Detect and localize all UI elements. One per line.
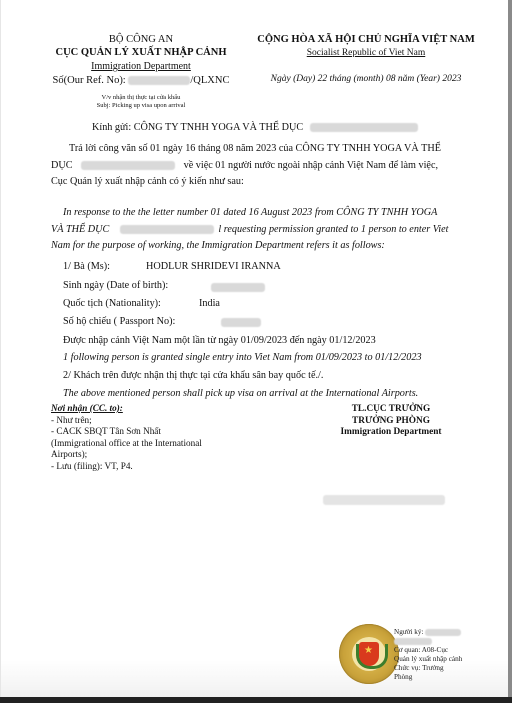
- cc-item: - CACK SBQT Tân Sơn Nhất: [51, 426, 221, 438]
- department-name: CỤC QUẢN LÝ XUẤT NHẬP CẢNH: [41, 46, 241, 60]
- pickup-vi: 2/ Khách trên được nhận thị thực tại cửa…: [63, 368, 323, 385]
- viewer-bottom-edge: [0, 697, 512, 703]
- document-page: BỘ CÔNG AN CỤC QUẢN LÝ XUẤT NHẬP CẢNH Im…: [0, 0, 509, 697]
- redacted-passport: [221, 318, 261, 327]
- viewer-scroll-edge: [508, 0, 512, 703]
- cc-block: Nơi nhận (CC. to): - Như trên; - CACK SB…: [51, 403, 221, 472]
- cc-item: (Immigrational office at the Internation…: [51, 438, 221, 450]
- redacted-signer-name: [323, 495, 445, 505]
- signature-block: TL.CỤC TRƯỞNG TRƯỞNG PHÒNG Immigration D…: [311, 404, 471, 439]
- digital-signature-info: Người ký: Cơ quan: A08-Cục Quản lý xuất …: [394, 628, 462, 682]
- paragraph-en: In response to the the letter number 01 …: [51, 205, 465, 255]
- entry-vi: Được nhập cảnh Việt Nam một lần từ ngày …: [63, 333, 376, 350]
- header-right: CỘNG HÒA XÃ HỘI CHỦ NGHĨA VIỆT NAM Socia…: [251, 33, 481, 85]
- redacted-company: [120, 225, 214, 234]
- redacted-company: [310, 123, 418, 132]
- dob-label: Sinh ngày (Date of birth):: [63, 278, 168, 295]
- header-left: BỘ CÔNG AN CỤC QUẢN LÝ XUẤT NHẬP CẢNH Im…: [41, 33, 241, 110]
- recipient-line: Kính gửi: CÔNG TY TNHH YOGA VÀ THỂ DỤC: [92, 120, 418, 137]
- country-name: CỘNG HÒA XÃ HỘI CHỦ NGHĨA VIỆT NAM: [251, 33, 481, 47]
- ministry-name: BỘ CÔNG AN: [41, 33, 241, 46]
- immigration-seal-icon: ★: [339, 624, 399, 684]
- person-name: HODLUR SHRIDEVI IRANNA: [146, 259, 281, 276]
- cc-item: Airports);: [51, 449, 221, 461]
- redacted-company: [81, 161, 175, 170]
- paragraph-vi: Trả lời công văn số 01 ngày 16 tháng 08 …: [51, 141, 465, 191]
- redacted-ref: [128, 76, 190, 85]
- passport-label: Số hộ chiếu ( Passport No):: [63, 314, 175, 331]
- issue-date: Ngày (Day) 22 tháng (month) 08 năm (Year…: [251, 73, 481, 85]
- cc-item: - Như trên;: [51, 415, 221, 427]
- pickup-en: The above mentioned person shall pick up…: [63, 386, 418, 403]
- subject-en: Subj: Picking up visa upon arrival: [41, 102, 241, 110]
- entry-en: 1 following person is granted single ent…: [63, 350, 422, 367]
- person-title: 1/ Bà (Ms):: [63, 259, 110, 276]
- cc-item: - Lưu (filing): VT, P4.: [51, 461, 221, 473]
- reference-number: Số(Our Ref. No): /QLXNC: [41, 74, 241, 88]
- department-name-en: Immigration Department: [41, 60, 241, 73]
- country-name-en: Socialist Republic of Viet Nam: [251, 47, 481, 59]
- nationality-value: India: [199, 296, 220, 313]
- redacted-dob: [211, 283, 265, 292]
- nationality-label: Quốc tịch (Nationality):: [63, 296, 161, 313]
- subject-vi: V/v nhận thị thực tại cửa khẩu: [41, 94, 241, 102]
- redacted-signer: [394, 638, 432, 645]
- cc-title: Nơi nhận (CC. to):: [51, 403, 221, 415]
